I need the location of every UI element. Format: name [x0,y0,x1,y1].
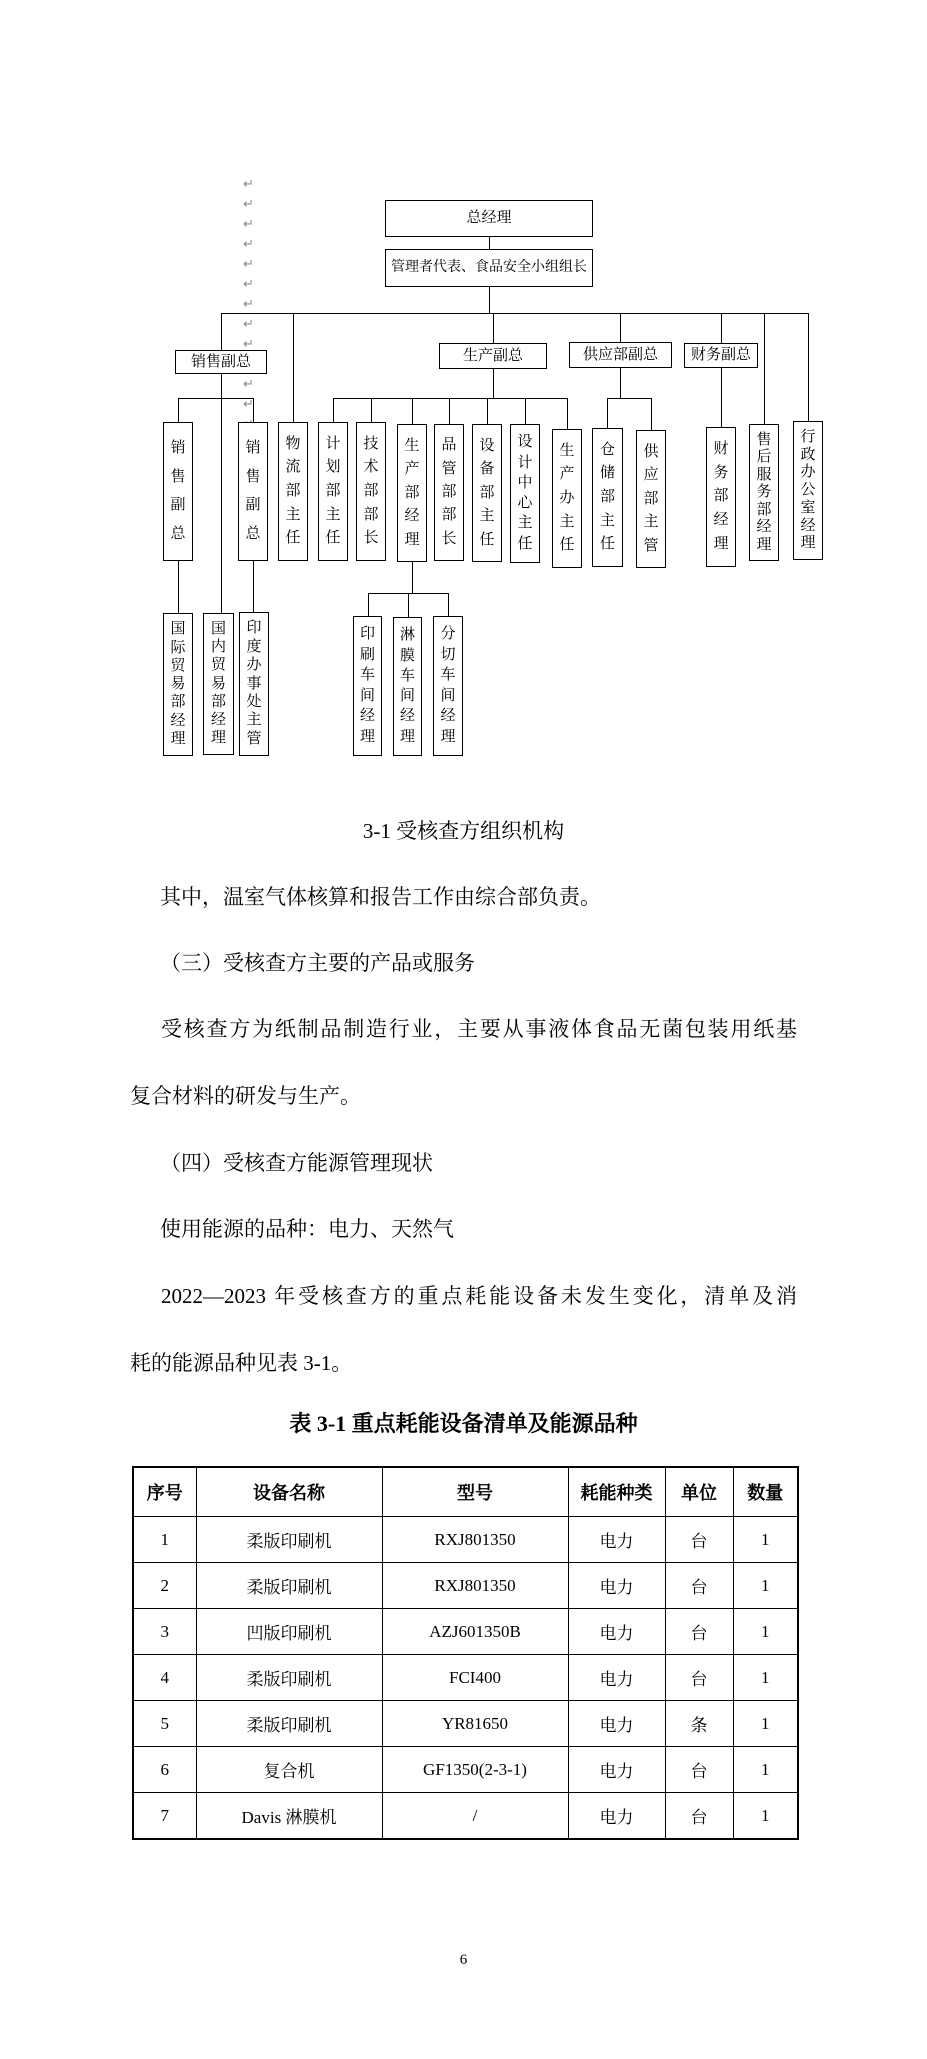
vertical-label-char: 物 [285,437,300,452]
connector-line [221,374,222,613]
energy-equipment-table: 序号 设备名称 型号 耗能种类 单位 数量 1 柔版印刷机 RXJ801350 … [132,1466,799,1840]
table-cell: 台 [665,1747,733,1793]
vertical-label-char: 主 [285,508,300,523]
table-cell: 1 [733,1517,798,1563]
connector-line [448,593,449,616]
vertical-label-char: 销 [245,441,260,456]
vertical-label-char: 销 [170,441,185,456]
vertical-label-char: 经 [440,709,455,724]
connector-line [721,313,722,343]
pilcrow-mark: ↵ [243,298,254,311]
vertical-label-char: 生 [404,439,419,454]
column-header: 序号 [133,1467,196,1517]
connector-line [412,562,413,593]
connector-line [178,561,179,613]
connector-line [567,398,568,429]
connector-line [333,398,568,399]
vertical-label-char: 产 [404,462,419,477]
vertical-label-char: 售 [756,433,771,448]
table-cell: 台 [665,1793,733,1840]
vertical-label-char: 品 [441,438,456,453]
vertical-label-char: 际 [170,641,185,656]
vertical-label-char: 理 [400,730,415,745]
connector-line [525,398,526,424]
connector-line [253,561,254,612]
table-cell: 台 [665,1655,733,1701]
vertical-label-char: 计 [517,456,532,471]
table-row: 1 柔版印刷机 RXJ801350 电力 台 1 [133,1517,798,1563]
vertical-label-char: 仓 [600,443,615,458]
vertical-label-char: 经 [170,714,185,729]
connector-line [489,287,490,313]
vertical-label-char: 部 [404,486,419,501]
org-node-warehouse-director: 仓储部主任 [592,428,623,567]
table-cell: 5 [133,1701,196,1747]
org-node-sales-vice-1: 销售副总 [163,422,193,561]
vertical-label-char: 长 [363,531,378,546]
org-node-design-center-director: 设计中心主任 [510,424,540,563]
vertical-label-char: 设 [517,435,532,450]
column-header: 单位 [665,1467,733,1517]
org-node-production-office-director: 生产办主任 [552,429,582,568]
vertical-label-char: 理 [360,730,375,745]
org-node-india-office-supervisor: 印度办事处主管 [239,612,269,756]
table-cell: 1 [733,1747,798,1793]
column-header: 设备名称 [196,1467,382,1517]
pilcrow-mark: ↵ [243,318,254,331]
vertical-label-char: 任 [285,531,300,546]
vertical-label-char: 经 [713,513,728,528]
connector-line [371,398,372,422]
vertical-label-char: 心 [517,496,532,511]
vertical-label-char: 部 [325,484,340,499]
vertical-label-char: 办 [559,491,574,506]
table-cell: AZJ601350B [382,1609,568,1655]
table-cell: 6 [133,1747,196,1793]
table-cell: 1 [733,1701,798,1747]
table-cell: 凹版印刷机 [196,1609,382,1655]
vertical-label-char: 主 [479,509,494,524]
vertical-label-char: 室 [800,501,815,516]
table-cell: 电力 [568,1793,665,1840]
connector-line [221,313,222,350]
connector-line [620,313,621,342]
paragraph: 2022—2023 年受核查方的重点耗能设备未发生变化，清单及消 [130,1283,797,1309]
vertical-label-char: 办 [246,658,261,673]
column-header: 数量 [733,1467,798,1517]
page-number: 6 [0,1952,927,1969]
vertical-label-char: 务 [756,485,771,500]
connector-line [293,313,294,422]
vertical-label-char: 理 [211,731,226,746]
table-cell: 台 [665,1609,733,1655]
vertical-label-char: 供 [643,445,658,460]
pilcrow-mark: ↵ [243,258,254,271]
table-cell: / [382,1793,568,1840]
vertical-label-char: 易 [211,677,226,692]
connector-line [449,398,450,424]
org-node-sales-vice-2: 销售副总 [238,422,268,561]
org-node-laminating-workshop-manager: 淋膜车间经理 [393,617,422,756]
vertical-label-char: 印 [360,627,375,642]
connector-line [253,398,254,422]
connector-line [764,313,765,424]
vertical-label-char: 部 [363,484,378,499]
org-node-supply-vp: 供应部副总 [569,342,672,368]
table-row: 5 柔版印刷机 YR81650 电力 条 1 [133,1701,798,1747]
table-row: 3 凹版印刷机 AZJ601350B 电力 台 1 [133,1609,798,1655]
vertical-label-char: 间 [360,689,375,704]
table-title: 表 3-1 重点耗能设备清单及能源品种 [130,1407,797,1438]
table-row: 2 柔版印刷机 RXJ801350 电力 台 1 [133,1563,798,1609]
connector-line [493,369,494,398]
column-header: 型号 [382,1467,568,1517]
vertical-label-char: 易 [170,677,185,692]
table-cell: FCI400 [382,1655,568,1701]
table-cell: RXJ801350 [382,1517,568,1563]
vertical-label-char: 办 [800,465,815,480]
connector-line [607,398,651,399]
table-row: 7 Davis 淋膜机 / 电力 台 1 [133,1793,798,1840]
connector-line [333,398,334,422]
vertical-label-char: 总 [245,527,260,542]
vertical-label-char: 流 [285,460,300,475]
vertical-label-char: 车 [400,669,415,684]
vertical-label-char: 部 [363,508,378,523]
connector-line [808,313,809,421]
vertical-label-char: 部 [170,695,185,710]
vertical-label-char: 经 [404,509,419,524]
pilcrow-mark: ↵ [243,218,254,231]
vertical-label-char: 印 [246,621,261,636]
org-node-production-manager: 生产部经理 [397,424,427,562]
org-node-quality-chief: 品管部部长 [434,424,464,561]
vertical-label-char: 术 [363,460,378,475]
org-node-aftersales-manager: 售后服务部经理 [749,424,779,561]
vertical-label-char: 淋 [400,628,415,643]
vertical-label-char: 售 [170,470,185,485]
vertical-label-char: 副 [245,498,260,513]
connector-line [412,398,413,424]
table-cell: 复合机 [196,1747,382,1793]
vertical-label-char: 财 [713,442,728,457]
document-page: ↵ ↵ ↵ ↵ ↵ ↵ ↵ ↵ ↵ ↵ ↵ ↵ ↵ [0,0,927,2059]
vertical-label-char: 生 [559,444,574,459]
vertical-label-char: 部 [756,503,771,518]
pilcrow-mark: ↵ [243,238,254,251]
org-node-finance-manager: 财务部经理 [706,427,736,567]
vertical-label-char: 备 [479,462,494,477]
table-cell: YR81650 [382,1701,568,1747]
table-cell: 台 [665,1517,733,1563]
vertical-label-char: 中 [517,476,532,491]
table-cell: 电力 [568,1609,665,1655]
table-cell: 1 [733,1655,798,1701]
table-row: 4 柔版印刷机 FCI400 电力 台 1 [133,1655,798,1701]
vertical-label-char: 理 [756,538,771,553]
table-cell: Davis 淋膜机 [196,1793,382,1840]
table-cell: 4 [133,1655,196,1701]
vertical-label-char: 主 [600,514,615,529]
org-node-sales-vp: 销售副总 [175,350,267,374]
connector-line [368,593,369,616]
vertical-label-char: 务 [713,466,728,481]
vertical-label-char: 国 [170,622,185,637]
vertical-label-char: 贸 [211,658,226,673]
table-cell: 7 [133,1793,196,1840]
vertical-label-char: 车 [440,668,455,683]
org-node-domestic-trade-manager: 国内贸易部经理 [203,613,234,755]
pilcrow-mark: ↵ [243,178,254,191]
vertical-label-char: 管 [441,462,456,477]
connector-line [408,593,409,617]
vertical-label-char: 部 [285,484,300,499]
vertical-label-char: 后 [756,450,771,465]
vertical-label-char: 部 [713,489,728,504]
table-header-row: 序号 设备名称 型号 耗能种类 单位 数量 [133,1467,798,1517]
vertical-label-char: 部 [441,508,456,523]
vertical-label-char: 长 [441,532,456,547]
org-node-supply-supervisor: 供应部主管 [636,430,666,568]
vertical-label-char: 主 [517,516,532,531]
vertical-label-char: 公 [800,483,815,498]
vertical-label-char: 主 [325,508,340,523]
table-cell: 1 [733,1609,798,1655]
vertical-label-char: 部 [643,492,658,507]
column-header: 耗能种类 [568,1467,665,1517]
table-cell: 电力 [568,1563,665,1609]
org-node-intl-trade-manager: 国际贸易部经理 [163,613,193,756]
table-cell: RXJ801350 [382,1563,568,1609]
paragraph: 受核查方为纸制品制造行业，主要从事液体食品无菌包装用纸基 [130,1016,797,1042]
pilcrow-mark: ↵ [243,278,254,291]
vertical-label-char: 政 [800,448,815,463]
org-node-printing-workshop-manager: 印刷车间经理 [353,616,382,756]
paragraph: 复合材料的研发与生产。 [130,1083,361,1109]
vertical-label-char: 任 [559,538,574,553]
paragraph: 其中，温室气体核算和报告工作由综合部负责。 [160,884,601,910]
vertical-label-char: 理 [713,537,728,552]
vertical-label-char: 任 [479,533,494,548]
vertical-label-char: 切 [440,648,455,663]
table-cell: 柔版印刷机 [196,1517,382,1563]
vertical-label-char: 行 [800,430,815,445]
vertical-label-char: 理 [440,730,455,745]
paragraph: 耗的能源品种见表 3-1。 [130,1350,352,1376]
vertical-label-char: 计 [325,437,340,452]
vertical-label-char: 经 [211,713,226,728]
vertical-label-char: 间 [440,689,455,704]
connector-line [620,368,621,398]
table-cell: 台 [665,1563,733,1609]
org-node-slitting-workshop-manager: 分切车间经理 [433,616,463,756]
vertical-label-char: 部 [211,695,226,710]
vertical-label-char: 膜 [400,649,415,664]
vertical-label-char: 部 [479,486,494,501]
formatting-marks: ↵ ↵ ↵ ↵ ↵ ↵ ↵ ↵ ↵ ↵ ↵ ↵ ↵ [243,178,254,431]
vertical-label-char: 主 [246,713,261,728]
vertical-label-char: 国 [211,622,226,637]
connector-line [221,313,808,314]
vertical-label-char: 内 [211,640,226,655]
table-cell: 1 [733,1563,798,1609]
table-cell: 柔版印刷机 [196,1563,382,1609]
vertical-label-char: 任 [517,537,532,552]
connector-line [651,398,652,430]
vertical-label-char: 经 [800,519,815,534]
pilcrow-mark: ↵ [243,198,254,211]
org-node-production-vp: 生产副总 [439,343,547,369]
table-cell: 2 [133,1563,196,1609]
org-node-ceo: 总经理 [385,200,593,237]
vertical-label-char: 管 [643,539,658,554]
vertical-label-char: 任 [325,531,340,546]
vertical-label-char: 副 [170,498,185,513]
connector-line [607,398,608,428]
vertical-label-char: 经 [400,709,415,724]
table-cell: 柔版印刷机 [196,1701,382,1747]
table-cell: 电力 [568,1701,665,1747]
vertical-label-char: 任 [600,537,615,552]
vertical-label-char: 储 [600,466,615,481]
connector-line [178,398,179,422]
vertical-label-char: 理 [800,536,815,551]
connector-line [178,398,253,399]
vertical-label-char: 管 [246,732,261,747]
figure-caption: 3-1 受核查方组织机构 [130,818,797,844]
vertical-label-char: 贸 [170,659,185,674]
paragraph: （三）受核查方主要的产品或服务 [160,950,475,976]
vertical-label-char: 部 [441,485,456,500]
vertical-label-char: 主 [559,515,574,530]
vertical-label-char: 部 [600,490,615,505]
table-cell: 1 [133,1517,196,1563]
vertical-label-char: 刷 [360,648,375,663]
vertical-label-char: 划 [325,460,340,475]
vertical-label-char: 技 [363,437,378,452]
paragraph: 使用能源的品种：电力、天然气 [160,1216,454,1242]
vertical-label-char: 度 [246,640,261,655]
vertical-label-char: 经 [756,520,771,535]
table-row: 6 复合机 GF1350(2-3-1) 电力 台 1 [133,1747,798,1793]
vertical-label-char: 售 [245,470,260,485]
table-cell: GF1350(2-3-1) [382,1747,568,1793]
vertical-label-char: 产 [559,467,574,482]
vertical-label-char: 主 [643,515,658,530]
vertical-label-char: 车 [360,668,375,683]
vertical-label-char: 事 [246,677,261,692]
org-node-equipment-director: 设备部主任 [472,424,502,562]
connector-line [489,237,490,249]
connector-line [721,368,722,427]
connector-line [493,313,494,343]
vertical-label-char: 总 [170,527,185,542]
org-node-admin-office-manager: 行政办公室经理 [793,421,823,560]
vertical-label-char: 应 [643,468,658,483]
org-node-tech-chief: 技术部部长 [356,422,386,561]
vertical-label-char: 分 [440,627,455,642]
paragraph: （四）受核查方能源管理现状 [160,1150,433,1176]
org-node-management-rep: 管理者代表、食品安全小组组长 [385,249,593,287]
org-node-planning-director: 计划部主任 [318,422,348,561]
vertical-label-char: 设 [479,439,494,454]
vertical-label-char: 服 [756,468,771,483]
vertical-label-char: 间 [400,689,415,704]
table-cell: 柔版印刷机 [196,1655,382,1701]
org-node-logistics-director: 物流部主任 [278,422,308,561]
org-node-finance-vp: 财务副总 [684,343,758,368]
pilcrow-mark: ↵ [243,378,254,391]
table-cell: 3 [133,1609,196,1655]
table-cell: 电力 [568,1655,665,1701]
vertical-label-char: 经 [360,709,375,724]
connector-line [487,398,488,424]
table-cell: 电力 [568,1517,665,1563]
table-cell: 条 [665,1701,733,1747]
table-cell: 电力 [568,1747,665,1793]
table-cell: 1 [733,1793,798,1840]
vertical-label-char: 理 [170,732,185,747]
vertical-label-char: 理 [404,533,419,548]
vertical-label-char: 处 [246,695,261,710]
